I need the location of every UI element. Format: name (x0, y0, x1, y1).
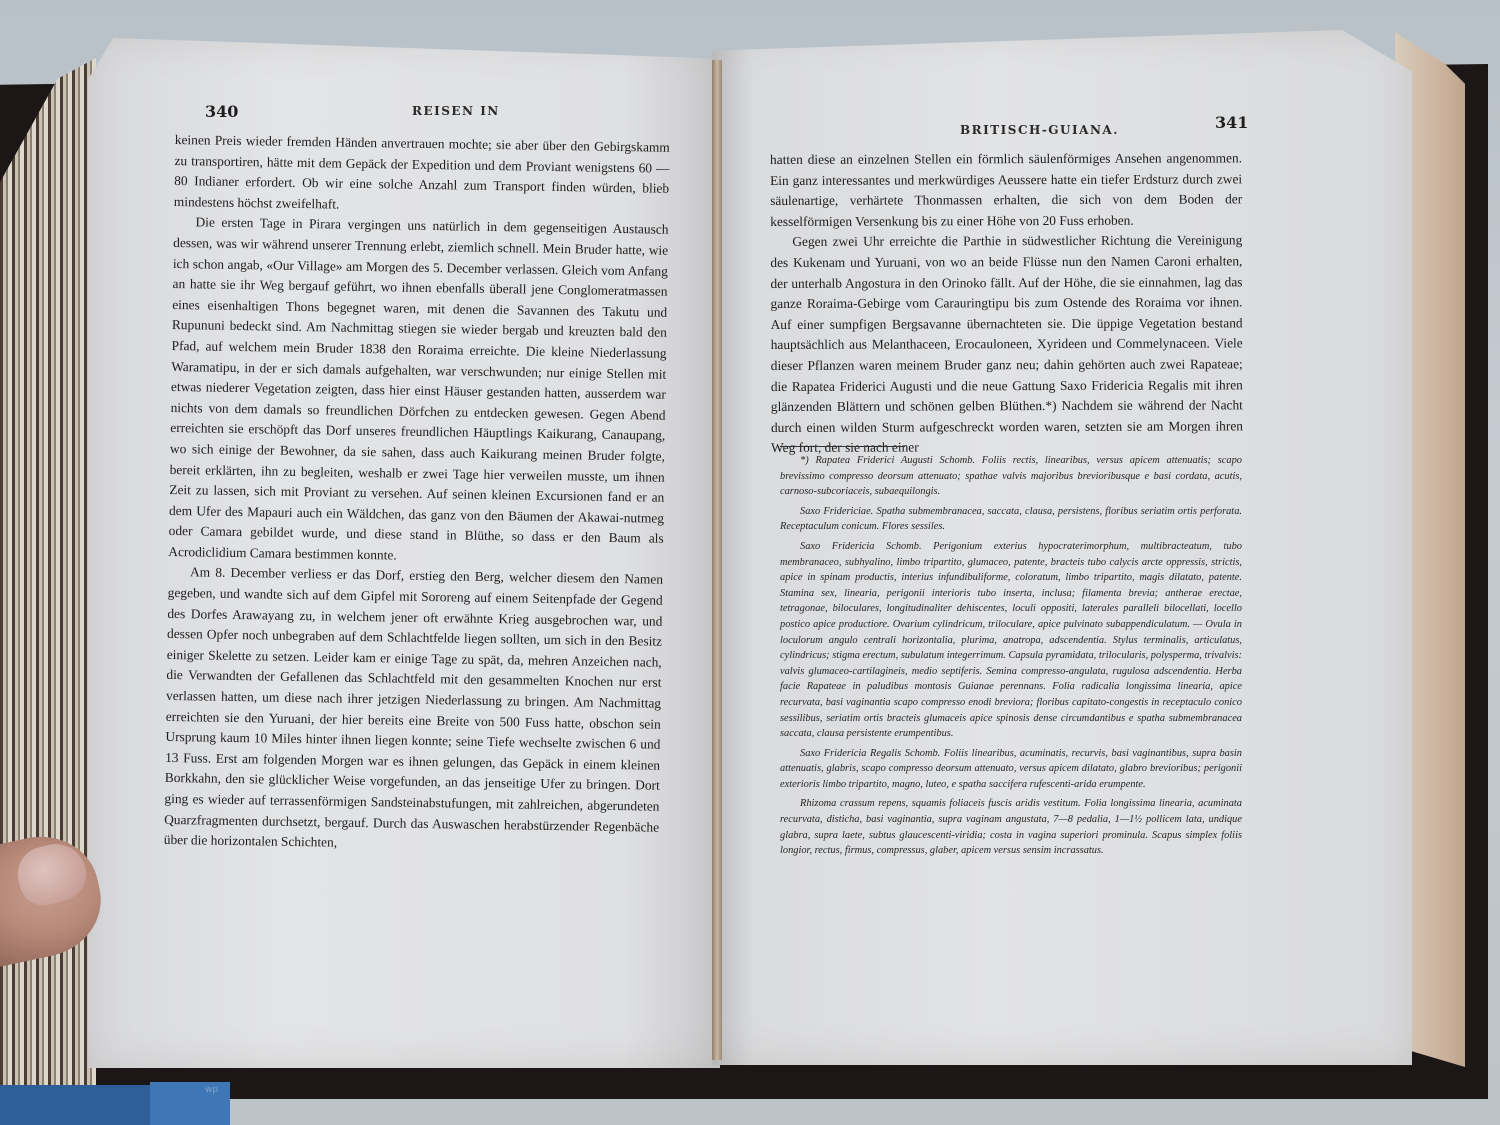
paragraph: Gegen zwei Uhr erreichte die Parthie in … (770, 231, 1243, 459)
footnote: Saxo Fridericiae. Spatha submembranacea,… (780, 504, 1242, 535)
paragraph: hatten diese an einzelnen Stellen ein fö… (770, 148, 1242, 232)
footnotes: *) Rapatea Friderici Augusti Schomb. Fol… (780, 453, 1242, 863)
right-page-body: hatten diese an einzelnen Stellen ein fö… (770, 148, 1243, 459)
footnote: *) Rapatea Friderici Augusti Schomb. Fol… (780, 453, 1242, 500)
book-gutter (712, 60, 722, 1060)
footnote: Saxo Fridericia Regalis Schomb. Foliis l… (780, 746, 1242, 793)
left-running-head: REISEN IN (412, 104, 500, 118)
footnote-rule (780, 446, 905, 447)
paragraph: Die ersten Tage in Pirara vergingen uns … (168, 212, 668, 570)
footnote: Saxo Fridericia Schomb. Perigonium exter… (780, 539, 1242, 742)
blue-tag-label: wp (205, 1085, 218, 1095)
paragraph: Am 8. December verliess er das Dorf, ers… (164, 562, 663, 858)
paragraph: keinen Preis wieder fremden Händen anver… (174, 130, 670, 220)
left-page-body: keinen Preis wieder fremden Händen anver… (164, 130, 670, 858)
left-page-number: 340 (205, 102, 238, 121)
right-page-number: 341 (1215, 113, 1248, 132)
footnote: Rhizoma crassum repens, squamis foliacei… (780, 796, 1242, 858)
book-photo: 340 REISEN IN keinen Preis wieder fremde… (0, 0, 1500, 1125)
blue-surface (0, 1085, 150, 1125)
right-running-head: BRITISCH-GUIANA. (960, 123, 1119, 137)
